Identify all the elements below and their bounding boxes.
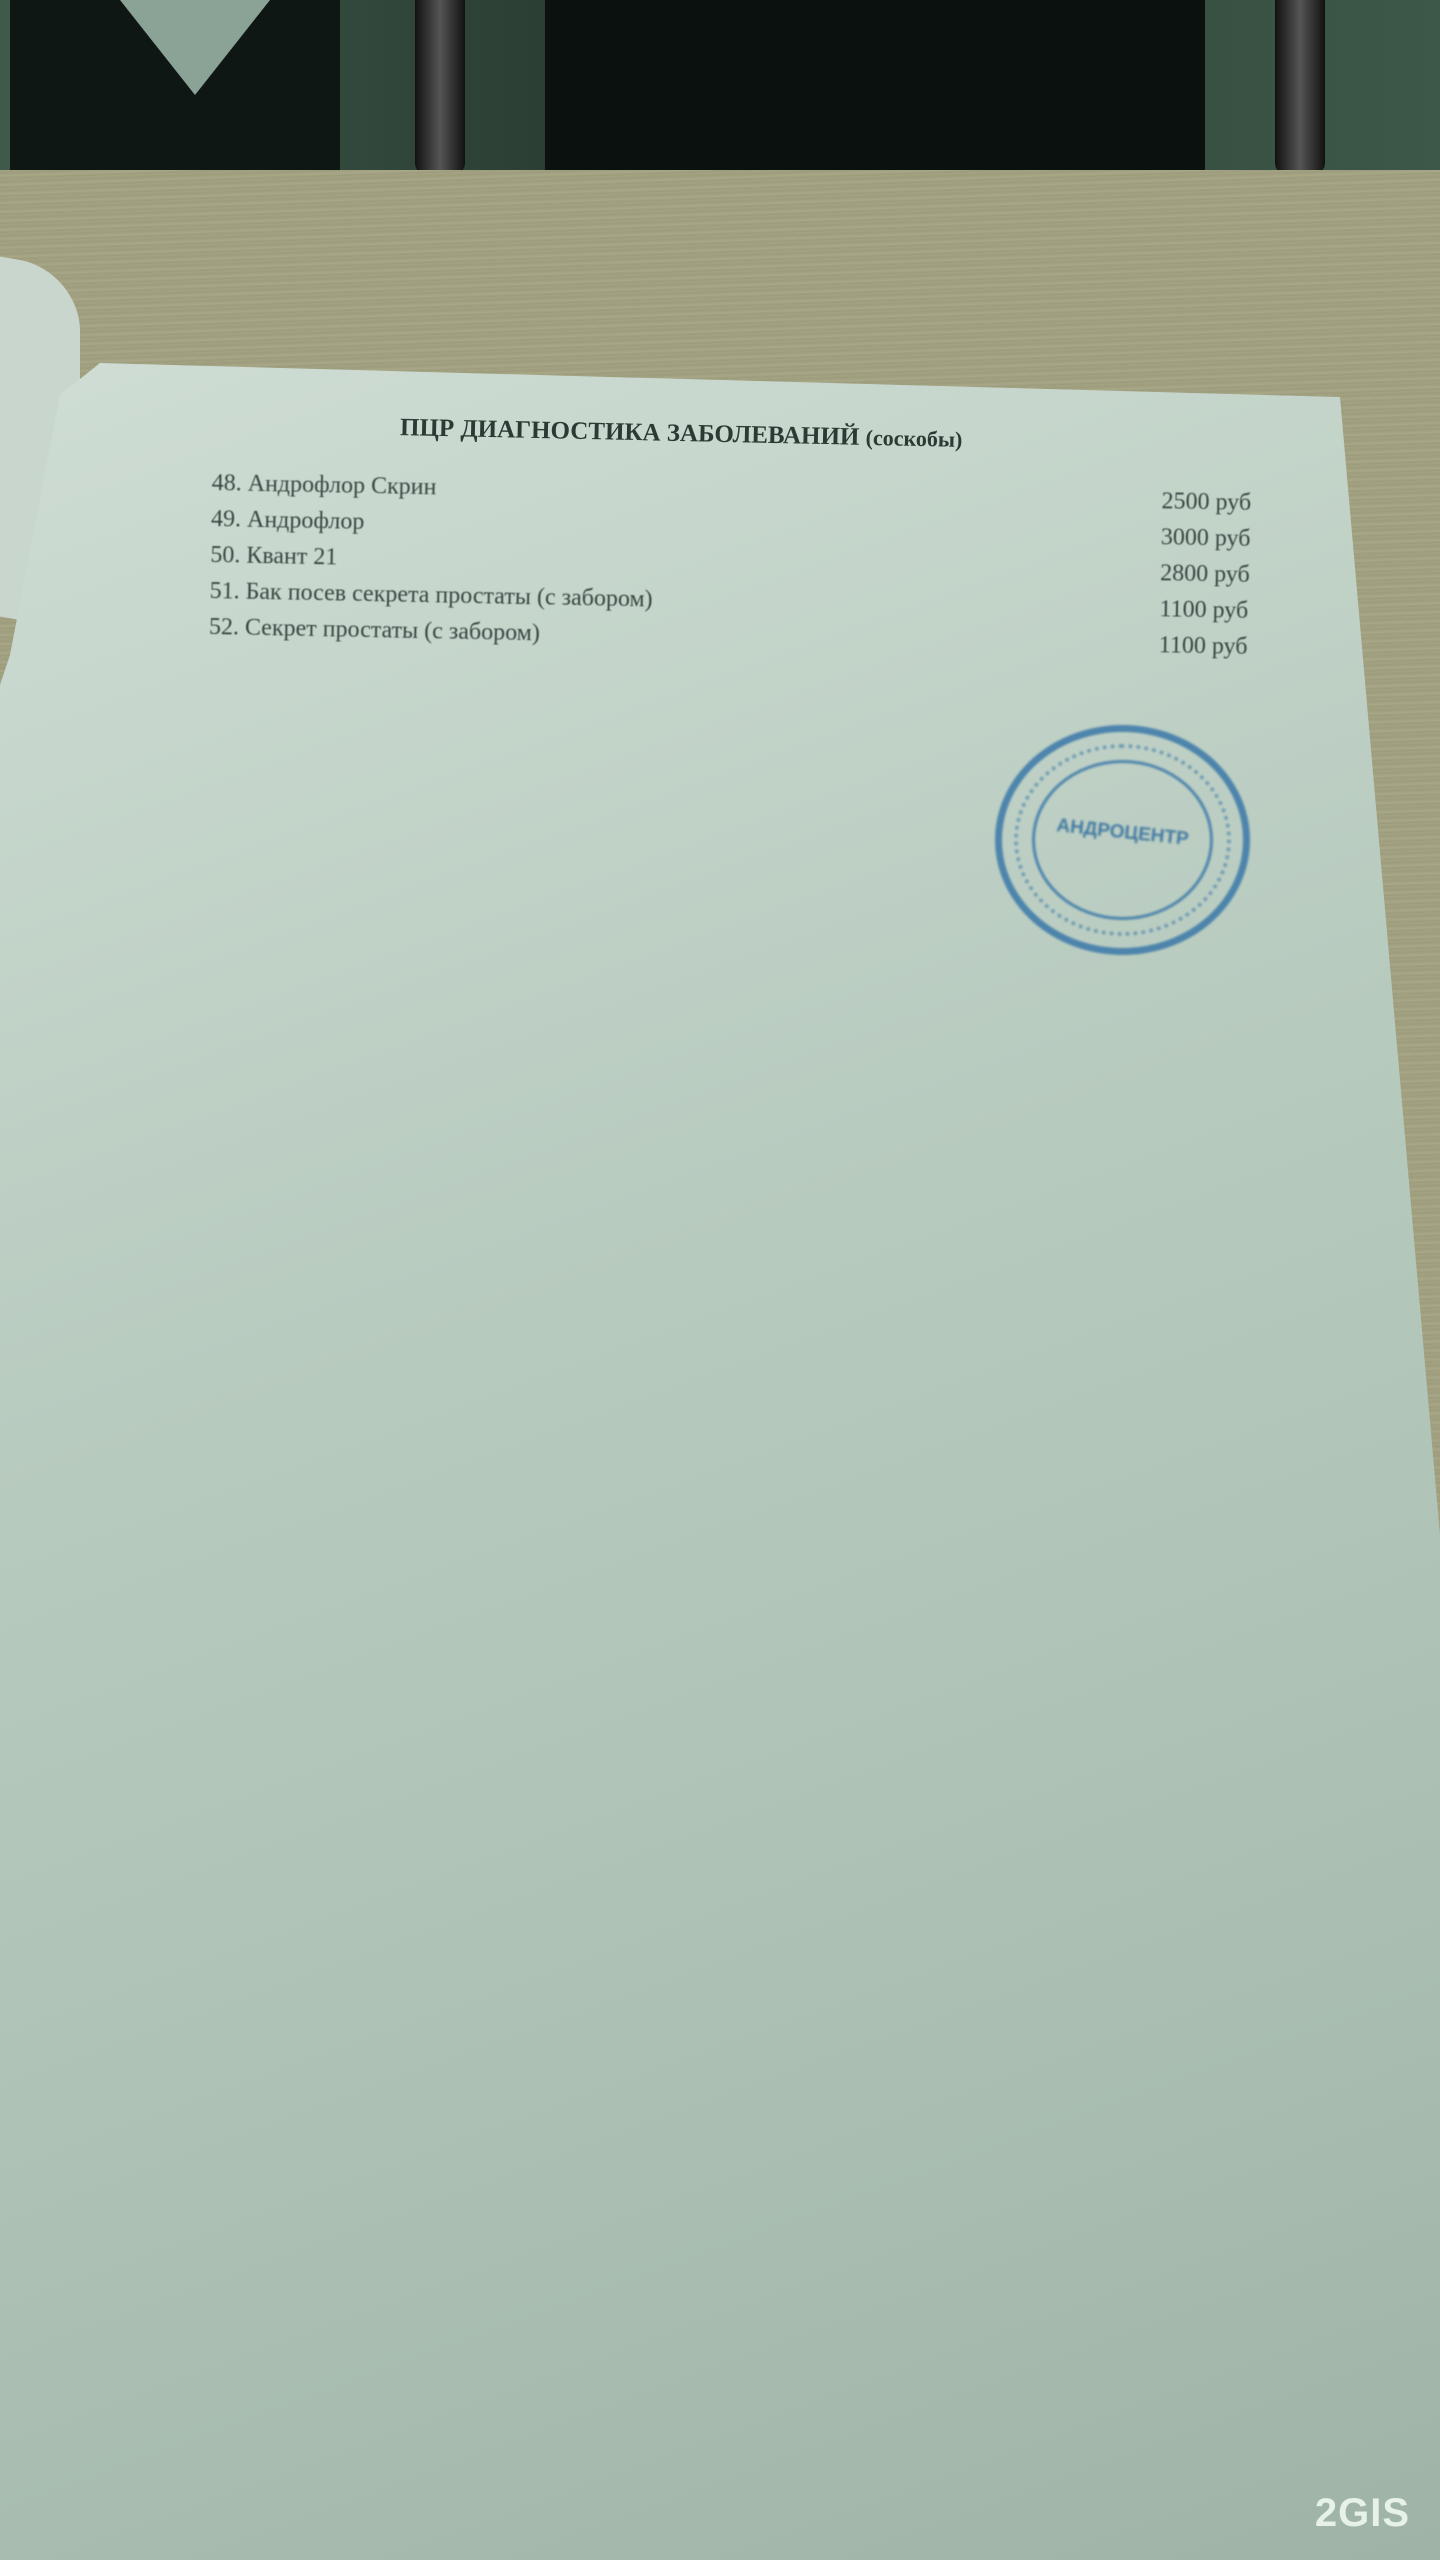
item-label: 52. Секрет простаты (с забором)	[209, 614, 541, 656]
price-list: 48. Андрофлор Скрин 2500 руб 49. Андрофл…	[209, 470, 1282, 671]
item-label: 50. Квант 21	[210, 542, 338, 580]
item-price: 1100 руб	[1158, 632, 1279, 670]
chair-leg	[415, 0, 465, 175]
chair-leg	[1275, 0, 1325, 175]
price-list-sheet	[0, 355, 1440, 2560]
item-label: 49. Андрофлор	[211, 506, 365, 545]
item-price: 1100 руб	[1159, 596, 1280, 634]
item-price: 2500 руб	[1161, 488, 1282, 526]
watermark-logo: 2GIS	[1315, 2491, 1410, 2536]
title-suffix: (соскобы)	[865, 425, 962, 452]
item-label: 48. Андрофлор Скрин	[211, 470, 436, 510]
chair-back	[545, 0, 1205, 175]
item-price: 3000 руб	[1160, 524, 1281, 562]
official-stamp: АНДРОЦЕНТР	[995, 725, 1250, 955]
item-price: 2800 руб	[1160, 560, 1281, 598]
